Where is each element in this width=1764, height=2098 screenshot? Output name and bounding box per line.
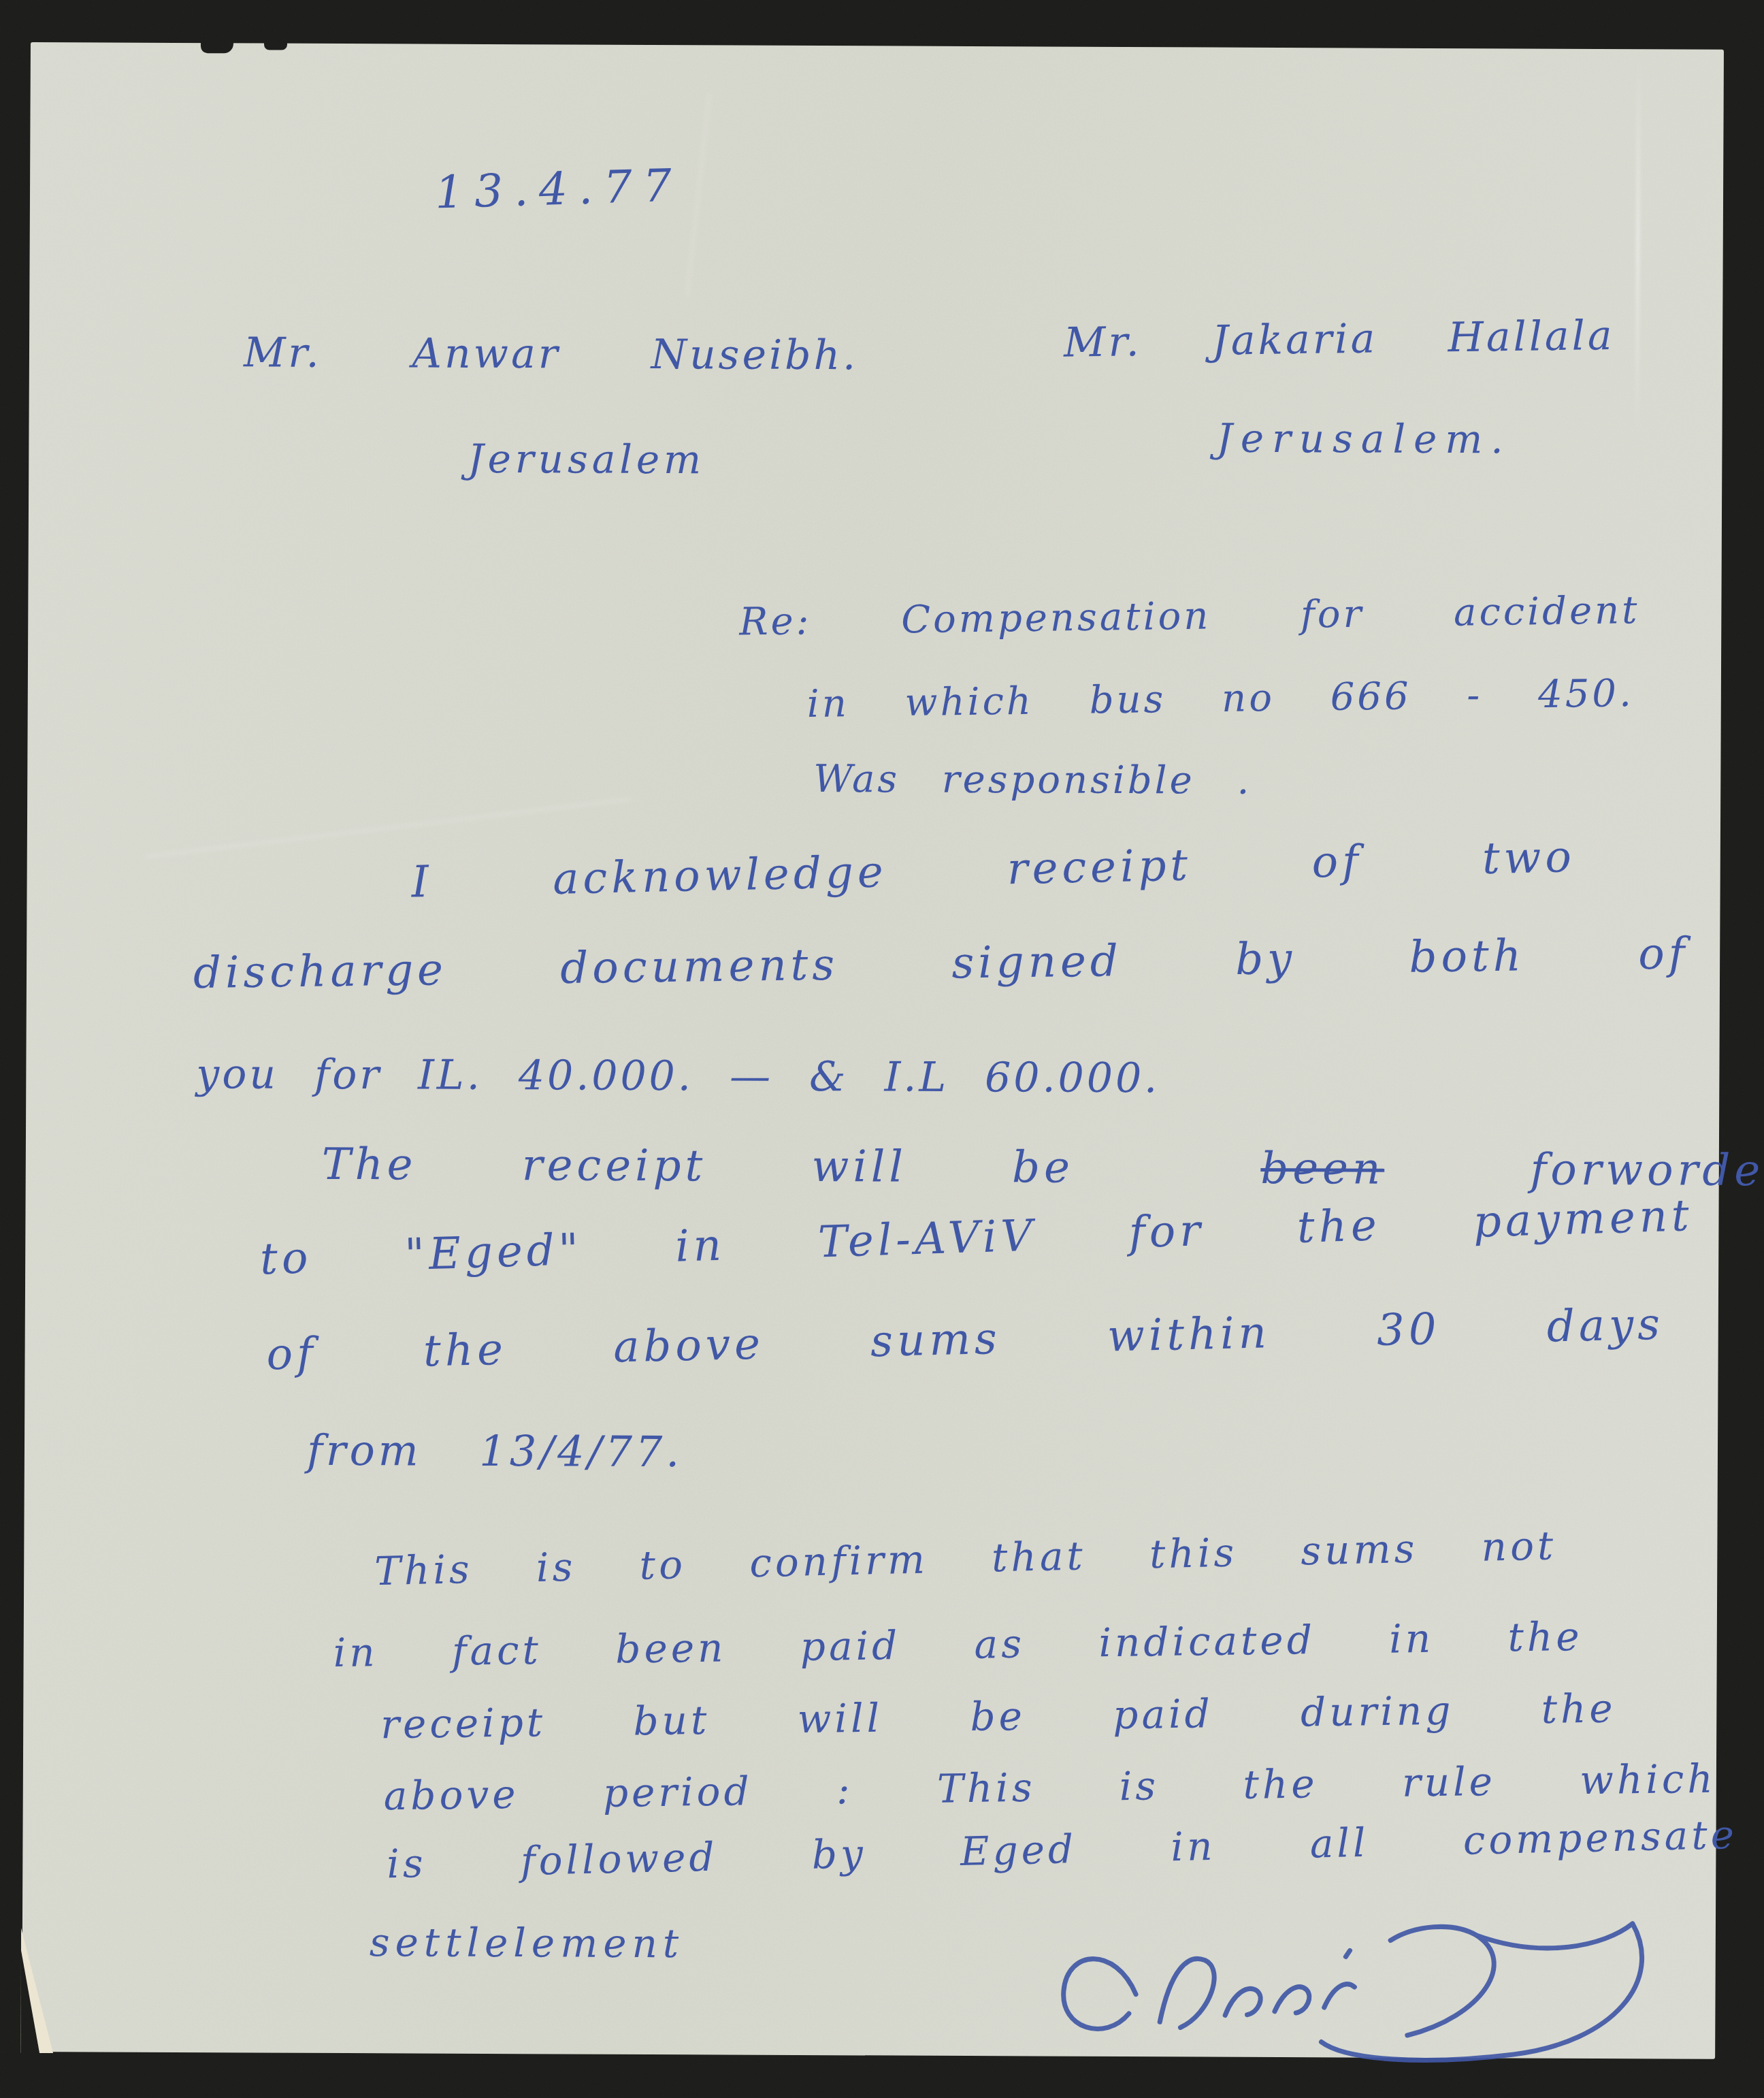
body-line: is followed by Eged in all compensate [387, 1811, 1738, 1887]
body-line: to "Eged" in Tel-AViV for the payment [259, 1191, 1694, 1285]
recipient-right-name: Mr. Jakaria Hallala [1064, 312, 1615, 367]
body-line: discharge documents signed by both of [193, 929, 1689, 999]
body-line: settlelement [370, 1919, 685, 1967]
body-line: This is to confirm that this sums not [374, 1522, 1557, 1594]
body-text: The receipt will be [322, 1140, 1074, 1193]
subject-line: Re: Compensation for accident [739, 588, 1640, 644]
body-line: you for IL. 40.000. — & I.L 60.000. [196, 1050, 1160, 1102]
body-text: forworded [1530, 1145, 1764, 1197]
body-line: I acknowledge receipt of two [411, 832, 1576, 907]
paper-crease [144, 798, 631, 858]
body-line: The receipt will be been forworded [322, 1140, 1764, 1196]
body-line: receipt but will be paid during the [380, 1685, 1616, 1748]
subject-line: in which bus no 666 - 450. [806, 671, 1634, 726]
paper-crease [1635, 54, 1640, 436]
paper-tear [264, 41, 287, 50]
struck-word: been [1260, 1144, 1384, 1195]
photo-backdrop: 13.4.77 Mr. Anwar Nuseibh. Jerusalem Mr.… [0, 0, 1764, 2098]
body-line: in fact been paid as indicated in the [333, 1613, 1583, 1676]
signature-scrawl [1032, 1910, 1707, 2073]
body-line: from 13/4/77. [307, 1425, 683, 1476]
recipient-left-city: Jerusalem [468, 436, 705, 483]
body-line: above period : This is the rule which [383, 1756, 1716, 1820]
body-line: of the above sums within 30 days [266, 1300, 1665, 1381]
recipient-right-city: Jerusalem. [1216, 415, 1512, 463]
paper-crease [686, 93, 711, 297]
paper-tear [201, 41, 233, 53]
letter-date: 13.4.77 [434, 159, 683, 219]
letter-paper: 13.4.77 Mr. Anwar Nuseibh. Jerusalem Mr.… [22, 42, 1724, 2059]
subject-line: Was responsible . [813, 757, 1252, 803]
recipient-left-name: Mr. Anwar Nuseibh. [244, 329, 859, 379]
